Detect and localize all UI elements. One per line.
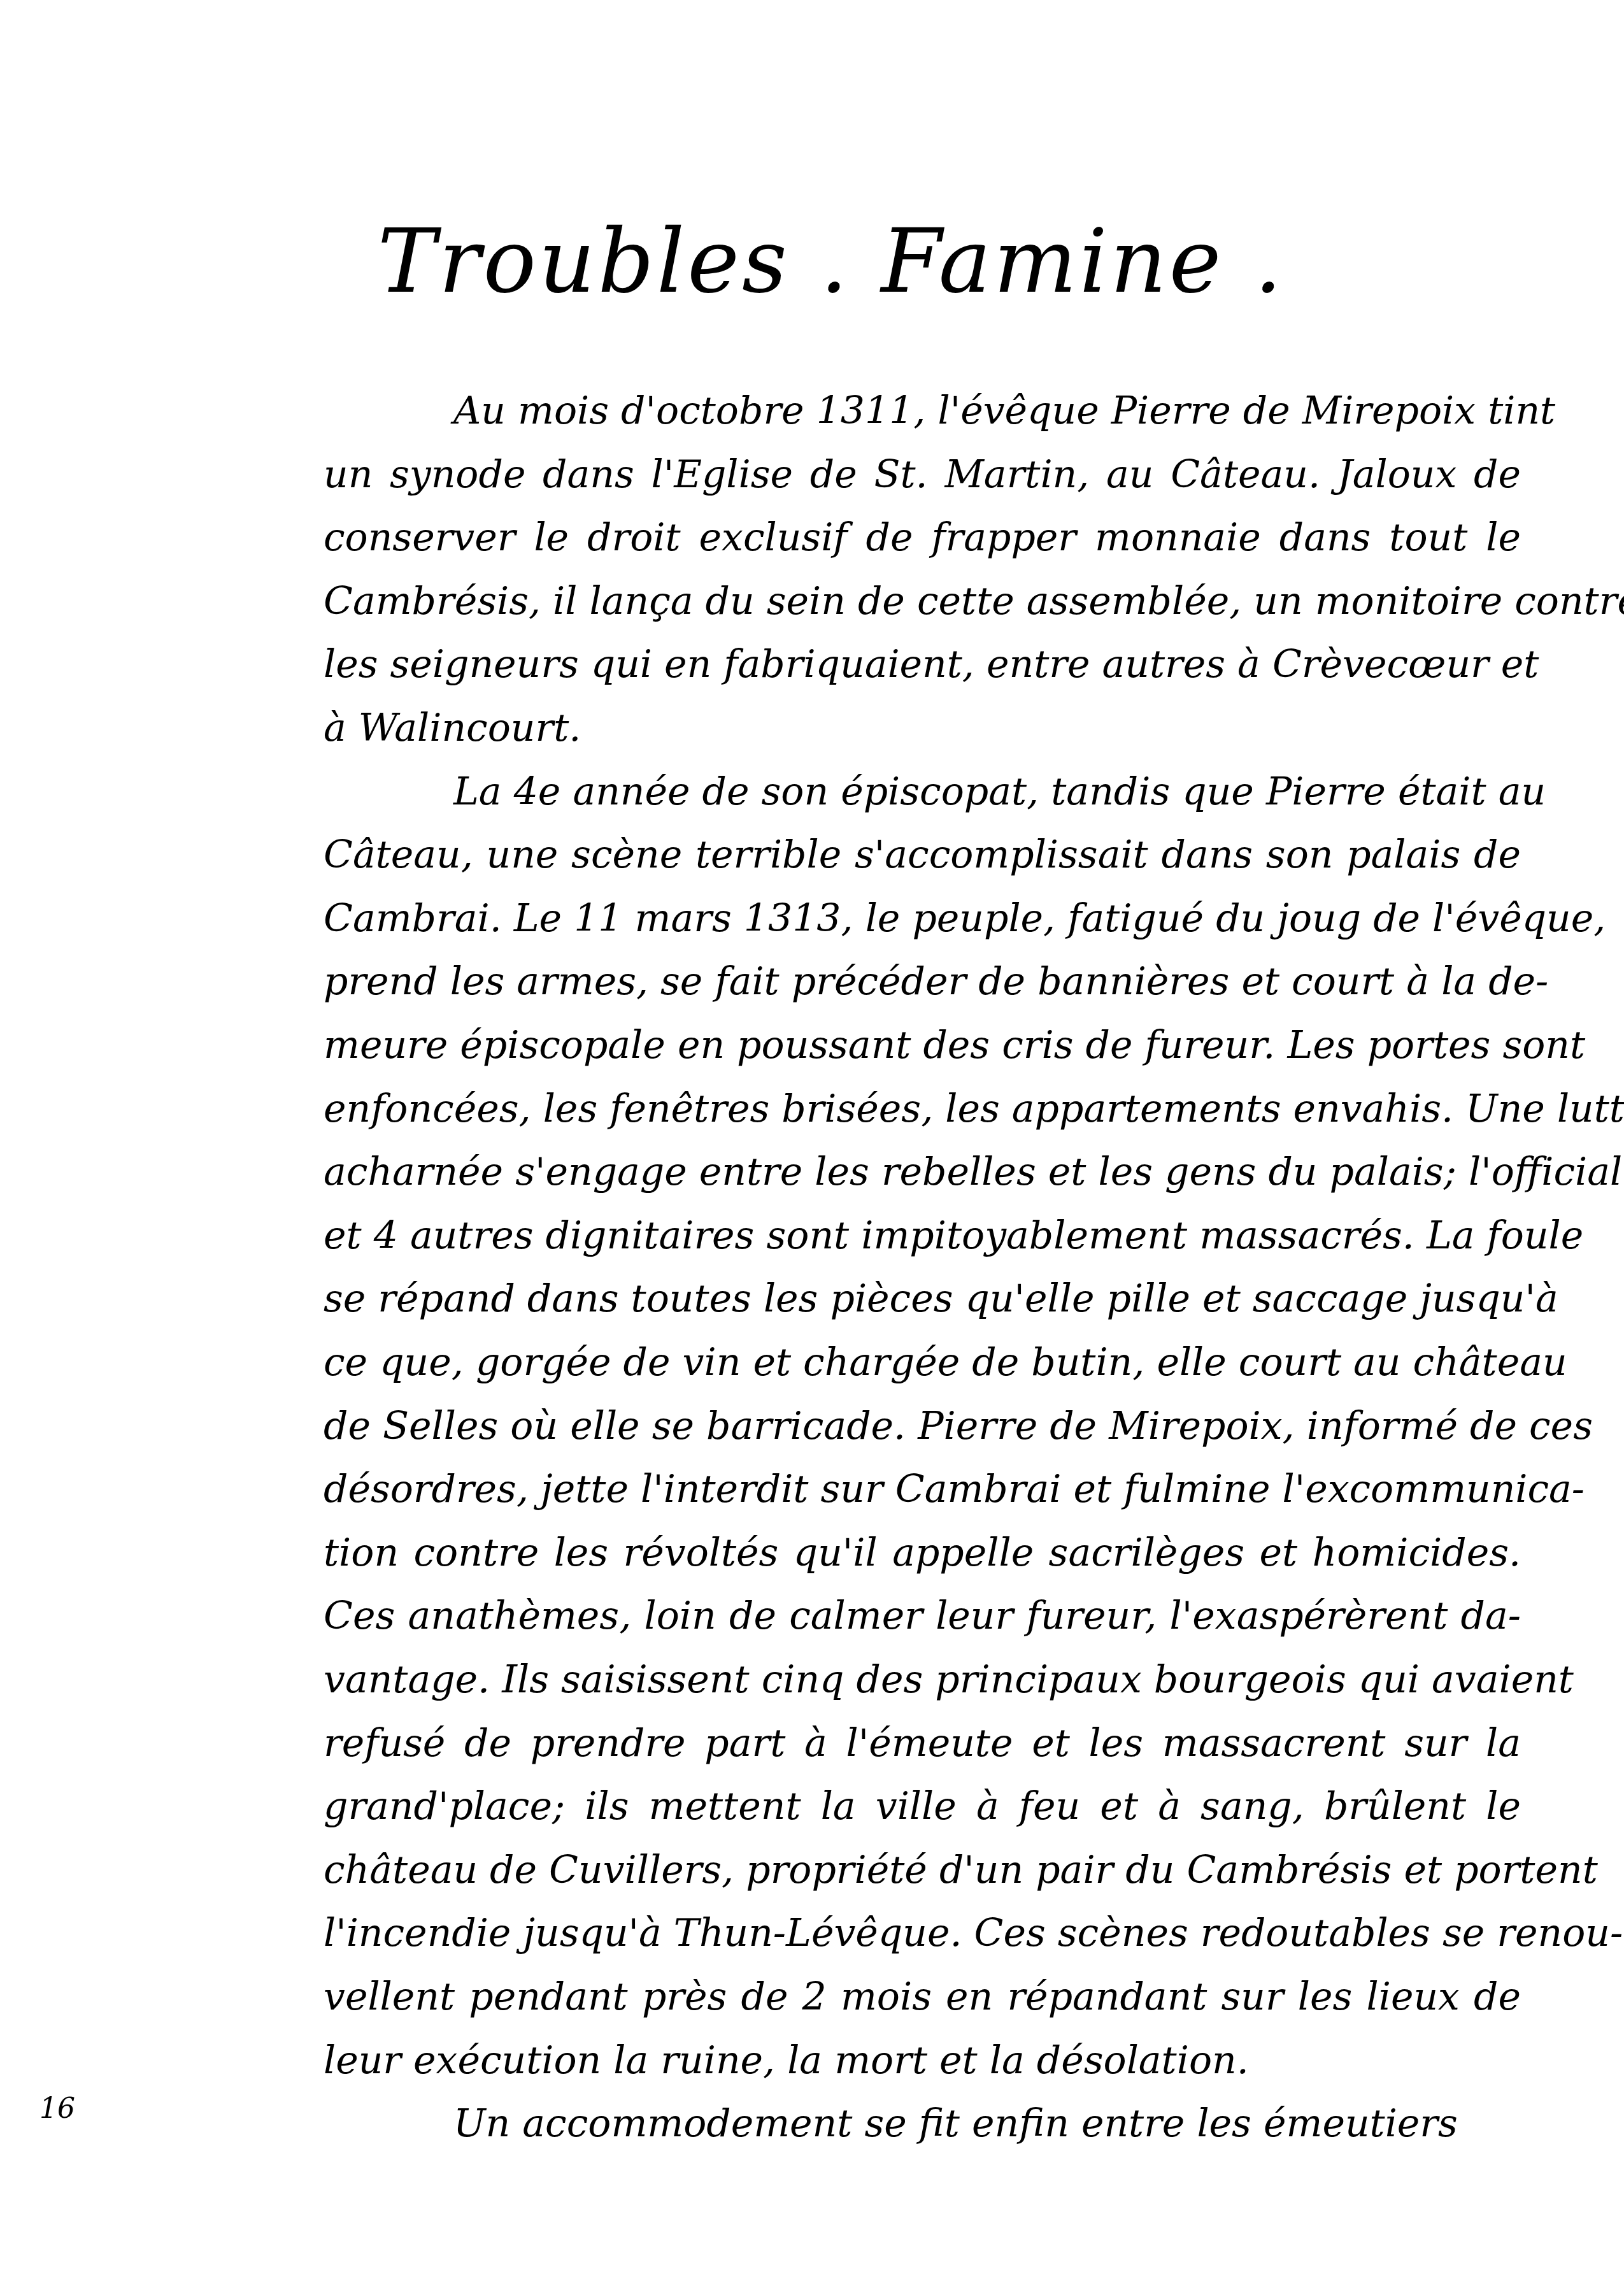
manuscript-line: Cambrésis, il lança du sein de cette ass… <box>324 573 1521 630</box>
manuscript-line: La 4e année de son épiscopat, tandis que… <box>453 763 1521 820</box>
manuscript-line: à Walincourt. <box>324 699 1521 757</box>
manuscript-line: enfoncées, les fenêtres brisées, les app… <box>324 1080 1521 1138</box>
manuscript-line: acharnée s'engage entre les rebelles et … <box>324 1143 1521 1201</box>
manuscript-line: désordres, jette l'interdit sur Cambrai … <box>324 1461 1521 1518</box>
manuscript-line: vellent pendant près de 2 mois en répand… <box>324 1968 1521 2025</box>
manuscript-line: Un accommodement se fit enfin entre les … <box>453 2095 1521 2152</box>
manuscript-line: vantage. Ils saisissent cinq des princip… <box>324 1651 1521 1708</box>
manuscript-line: les seigneurs qui en fabriquaient, entre… <box>324 636 1521 693</box>
manuscript-line: grand'place; ils mettent la ville à feu … <box>324 1778 1521 1835</box>
manuscript-line: meure épiscopale en poussant des cris de… <box>324 1017 1521 1074</box>
manuscript-line: Câteau, une scène terrible s'accomplissa… <box>324 826 1521 883</box>
manuscript-line: se répand dans toutes les pièces qu'elle… <box>324 1270 1521 1327</box>
manuscript-line: l'incendie jusqu'à Thun-Lévêque. Ces scè… <box>324 1904 1521 1962</box>
manuscript-line: de Selles où elle se barricade. Pierre d… <box>324 1397 1521 1455</box>
manuscript-line: prend les armes, se fait précéder de ban… <box>324 953 1521 1010</box>
manuscript-page: Troubles . Famine . Au mois d'octobre 13… <box>0 0 1624 2293</box>
manuscript-line: Cambrai. Le 11 mars 1313, le peuple, fat… <box>324 890 1521 947</box>
page-title: Troubles . Famine . <box>0 210 1624 313</box>
manuscript-line: Ces anathèmes, loin de calmer leur fureu… <box>324 1587 1521 1645</box>
manuscript-line: et 4 autres dignitaires sont impitoyable… <box>324 1207 1521 1264</box>
manuscript-line: conserver le droit exclusif de frapper m… <box>324 509 1521 566</box>
manuscript-line: ce que, gorgée de vin et chargée de buti… <box>324 1334 1521 1391</box>
manuscript-line: tion contre les révoltés qu'il appelle s… <box>324 1524 1521 1582</box>
manuscript-line: refusé de prendre part à l'émeute et les… <box>324 1715 1521 1772</box>
manuscript-line: château de Cuvillers, propriété d'un pai… <box>324 1841 1521 1899</box>
manuscript-line: un synode dans l'Eglise de St. Martin, a… <box>324 446 1521 503</box>
page-number: 16 <box>39 2092 75 2125</box>
manuscript-line: Au mois d'octobre 1311, l'évêque Pierre … <box>453 382 1521 439</box>
manuscript-line: leur exécution la ruine, la mort et la d… <box>324 2032 1521 2089</box>
